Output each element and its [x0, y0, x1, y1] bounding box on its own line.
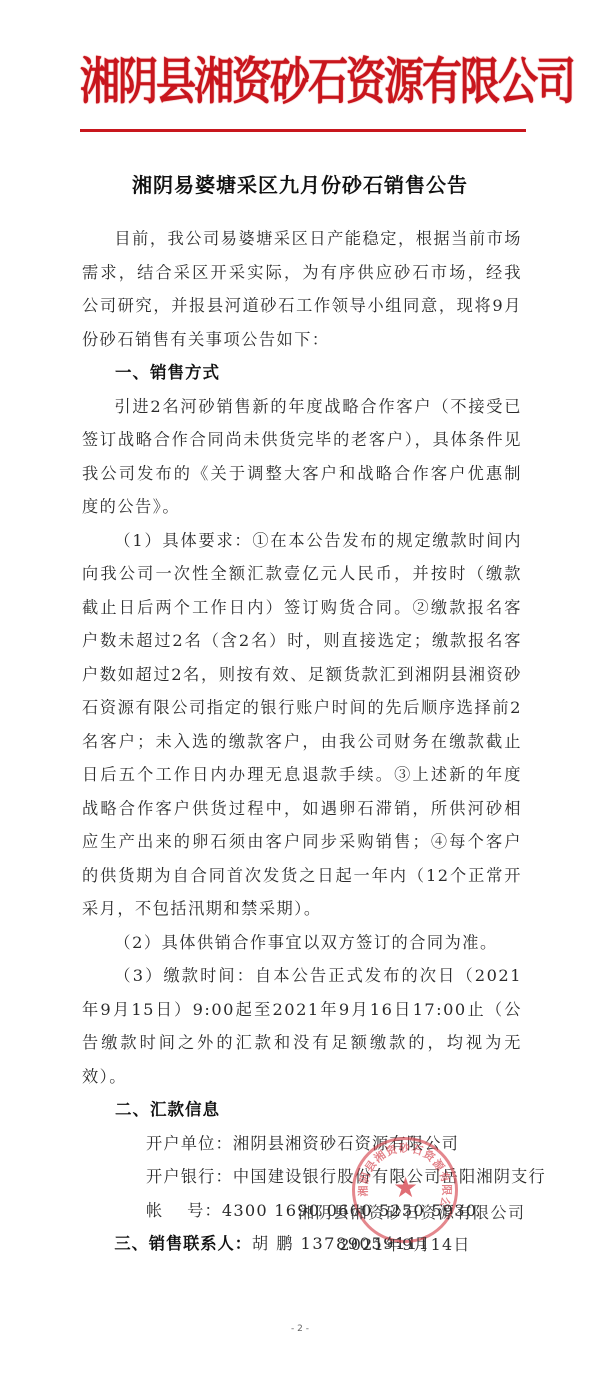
requirements-item-2: （2）具体供销合作事宜以双方签订的合同为准。: [82, 926, 522, 960]
payment-time-item-3: （3）缴款时间：自本公告正式发布的次日（2021年9月15日）9:00起至202…: [82, 959, 522, 1093]
section-heading-sales-method: 一、销售方式: [82, 356, 522, 390]
account-holder-line: 开户单位：湘阴县湘资砂石资源有限公司: [82, 1127, 522, 1161]
document-page: 湘阴县湘资砂石资源有限公司 湘阴易婆塘采区九月份砂石销售公告 目前，我公司易婆塘…: [0, 0, 600, 1388]
sales-method-paragraph: 引进2名河砂销售新的年度战略合作客户（不接受已签订战略合作合同尚未供货完毕的老客…: [82, 390, 522, 524]
intro-paragraph: 目前，我公司易婆塘采区日产能稳定，根据当前市场需求，结合采区开采实际，为有序供应…: [82, 222, 522, 356]
letterhead-red-rule: [80, 129, 526, 132]
section-heading-remittance: 二、汇款信息: [82, 1093, 522, 1127]
signature-date: 2021年9月14日: [298, 1230, 512, 1260]
sales-contact-label: 三、销售联系人：: [114, 1234, 252, 1253]
document-title: 湘阴易婆塘采区九月份砂石销售公告: [0, 168, 600, 202]
signature-company: 湘阴县湘资砂石资源有限公司: [298, 1198, 512, 1228]
requirements-item-1: （1）具体要求：①在本公告发布的规定缴款时间内向我公司一次性全额汇款壹亿元人民币…: [82, 524, 522, 926]
document-body: 目前，我公司易婆塘采区日产能稳定，根据当前市场需求，结合采区开采实际，为有序供应…: [82, 222, 522, 1261]
page-number: - 2 -: [280, 1324, 320, 1334]
letterhead-company-name: 湘阴县湘资砂石资源有限公司: [80, 42, 526, 122]
